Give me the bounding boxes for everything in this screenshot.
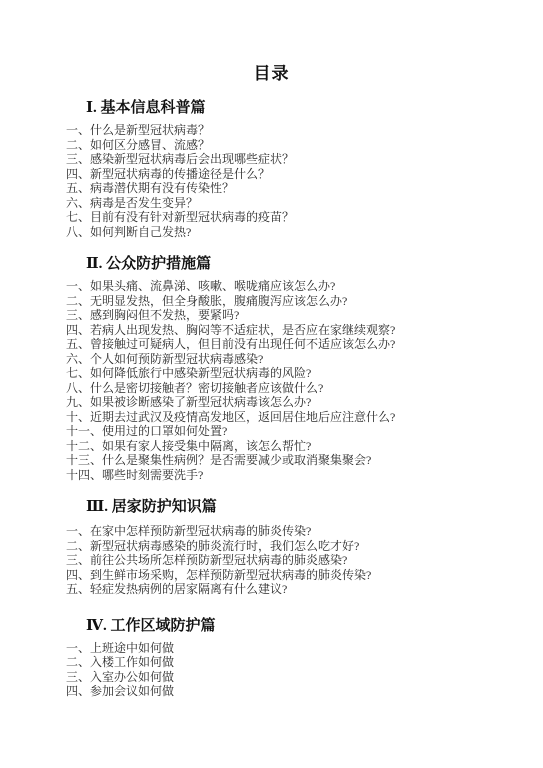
toc-item: 五、曾接触过可疑病人，但目前没有出现任何不适应该怎么办?	[66, 337, 523, 352]
toc-item: 四、到生鲜市场采购，怎样预防新型冠状病毒的肺炎传染?	[66, 568, 523, 583]
toc-item: 三、前往公共场所怎样预防新型冠状病毒的肺炎感染?	[66, 553, 523, 568]
toc-item: 十一、使用过的口罩如何处置?	[66, 424, 523, 439]
toc-item: 二、无明显发热，但全身酸胀，腹痛腹泻应该怎么办?	[66, 294, 523, 309]
toc-section: Ⅱ. 公众防护措施篇 一、如果头痛、流鼻涕、咳嗽、喉咙痛应该怎么办?二、无明显发…	[0, 255, 543, 482]
section-heading: Ⅱ. 公众防护措施篇	[86, 255, 543, 273]
toc-item: 五、病毒潜伏期有没有传染性？	[66, 181, 523, 196]
toc-item: 七、如何降低旅行中感染新型冠状病毒的风险?	[66, 366, 523, 381]
page-title: 目录	[0, 64, 543, 84]
document-page: 目录 Ⅰ. 基本信息科普篇 一、什么是新型冠状病毒？二、如何区分感冒、流感？三、…	[0, 0, 543, 768]
toc-item: 十四、哪些时刻需要洗手?	[66, 468, 523, 483]
toc-item: 八、如何判断自己发热?	[66, 225, 523, 240]
toc-item: 一、如果头痛、流鼻涕、咳嗽、喉咙痛应该怎么办?	[66, 279, 523, 294]
toc-item: 四、若病人出现发热、胸闷等不适症状，是否应在家继续观察?	[66, 323, 523, 338]
section-items: 一、在家中怎样预防新型冠状病毒的肺炎传染?二、新型冠状病毒感染的肺炎流行时，我们…	[0, 524, 543, 597]
toc-section: Ⅰ. 基本信息科普篇 一、什么是新型冠状病毒？二、如何区分感冒、流感？三、感染新…	[0, 99, 543, 239]
toc-item: 六、病毒是否发生变异？	[66, 196, 523, 211]
toc-item: 八、什么是密切接触者？密切接触者应该做什么?	[66, 381, 523, 396]
toc-item: 十、近期去过武汉及疫情高发地区，返回居住地后应注意什么?	[66, 410, 523, 425]
section-heading: Ⅲ. 居家防护知识篇	[86, 498, 543, 516]
section-heading: Ⅳ. 工作区域防护篇	[86, 617, 543, 635]
toc-item: 六、个人如何预防新型冠状病毒感染?	[66, 352, 523, 367]
toc-item: 十三、什么是聚集性病例？是否需要减少或取消聚集聚会?	[66, 453, 523, 468]
toc-item: 三、入室办公如何做	[66, 670, 523, 685]
toc-section: Ⅳ. 工作区域防护篇 一、上班途中如何做二、入楼工作如何做三、入室办公如何做四、…	[0, 617, 543, 699]
toc-section: Ⅲ. 居家防护知识篇 一、在家中怎样预防新型冠状病毒的肺炎传染?二、新型冠状病毒…	[0, 498, 543, 597]
toc-item: 四、参加会议如何做	[66, 684, 523, 699]
toc-item: 一、上班途中如何做	[66, 641, 523, 656]
toc-item: 五、轻症发热病例的居家隔离有什么建议?	[66, 582, 523, 597]
toc-item: 二、入楼工作如何做	[66, 655, 523, 670]
toc: Ⅰ. 基本信息科普篇 一、什么是新型冠状病毒？二、如何区分感冒、流感？三、感染新…	[0, 99, 543, 699]
toc-item: 七、目前有没有针对新型冠状病毒的疫苗？	[66, 210, 523, 225]
section-items: 一、如果头痛、流鼻涕、咳嗽、喉咙痛应该怎么办?二、无明显发热，但全身酸胀，腹痛腹…	[0, 279, 543, 482]
section-items: 一、上班途中如何做二、入楼工作如何做三、入室办公如何做四、参加会议如何做	[0, 641, 543, 699]
section-items: 一、什么是新型冠状病毒？二、如何区分感冒、流感？三、感染新型冠状病毒后会出现哪些…	[0, 123, 543, 239]
toc-item: 二、如何区分感冒、流感？	[66, 138, 523, 153]
toc-item: 四、新型冠状病毒的传播途径是什么？	[66, 167, 523, 182]
toc-item: 十二、如果有家人接受集中隔离，该怎么帮忙?	[66, 439, 523, 454]
toc-item: 二、新型冠状病毒感染的肺炎流行时，我们怎么吃才好?	[66, 539, 523, 554]
toc-item: 三、感到胸闷但不发热，要紧吗?	[66, 308, 523, 323]
toc-item: 三、感染新型冠状病毒后会出现哪些症状？	[66, 152, 523, 167]
section-heading: Ⅰ. 基本信息科普篇	[86, 99, 543, 117]
toc-item: 九、如果被诊断感染了新型冠状病毒该怎么办?	[66, 395, 523, 410]
toc-item: 一、什么是新型冠状病毒？	[66, 123, 523, 138]
toc-item: 一、在家中怎样预防新型冠状病毒的肺炎传染?	[66, 524, 523, 539]
